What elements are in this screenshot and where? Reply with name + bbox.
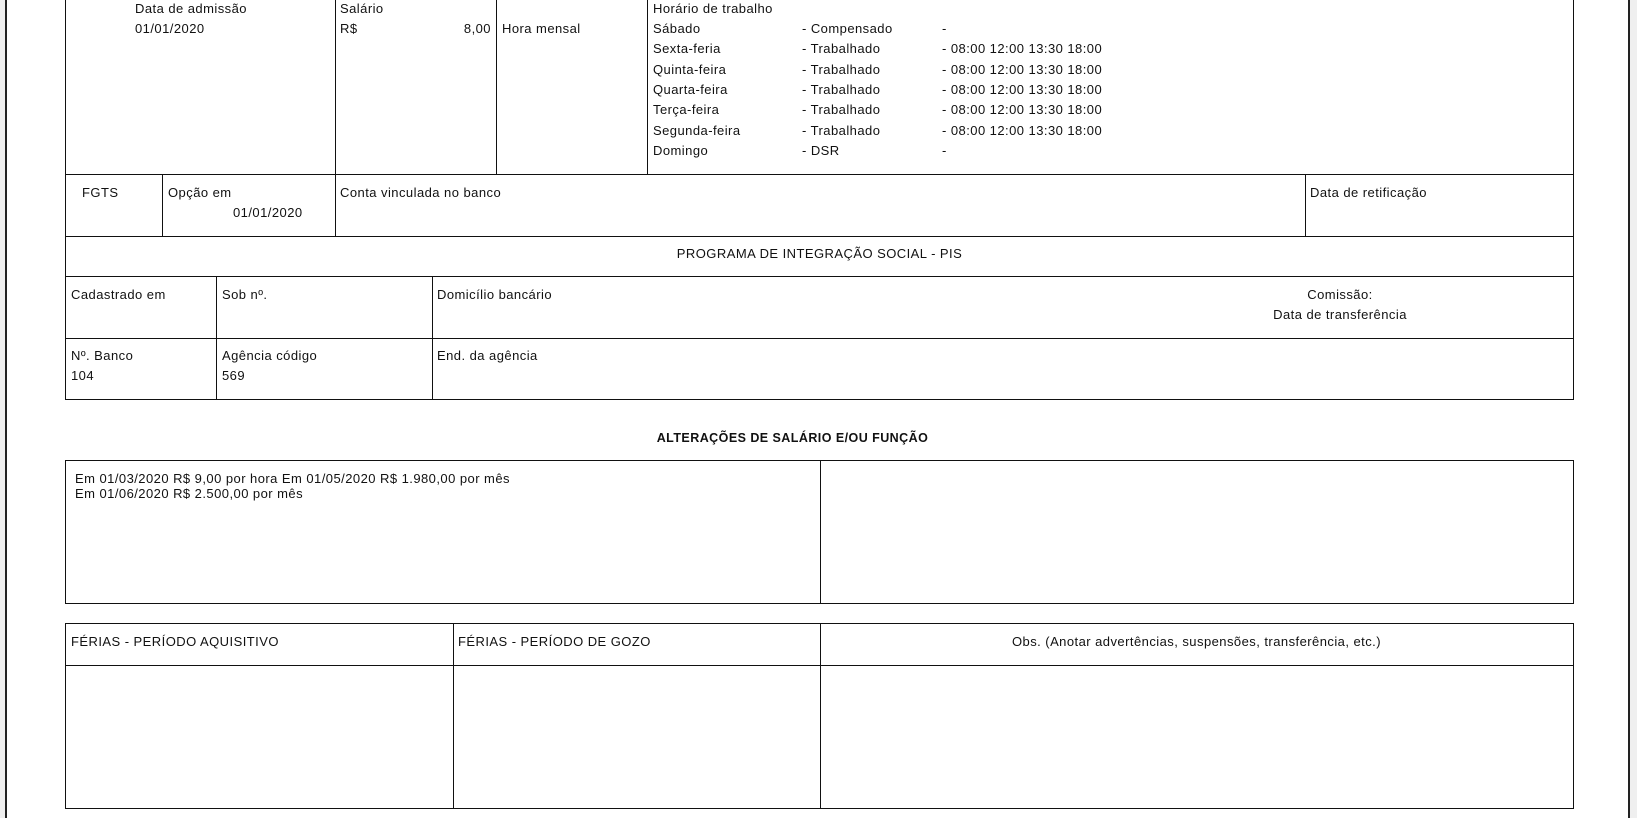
fgts-option-label: Opção em [168, 185, 232, 201]
schedule-times: - 08:00 12:00 13:30 18:00 [942, 41, 1102, 57]
schedule-type: - DSR [802, 143, 840, 159]
vacation-acquisition-label: FÉRIAS - PERÍODO AQUISITIVO [71, 634, 279, 650]
salary-value: 8,00 [420, 21, 491, 37]
schedule-type: - Trabalhado [802, 41, 880, 57]
row-divider [65, 338, 1574, 339]
divider [1305, 174, 1306, 236]
table-border-right [1573, 0, 1574, 399]
divider [453, 623, 454, 809]
divider [820, 623, 821, 809]
admission-label: Data de admissão [135, 1, 247, 17]
schedule-day: Domingo [653, 143, 708, 159]
schedule-times: - 08:00 12:00 13:30 18:00 [942, 82, 1102, 98]
vacation-enjoyment-label: FÉRIAS - PERÍODO DE GOZO [458, 634, 651, 650]
fgts-retification-label: Data de retificação [1310, 185, 1427, 201]
schedule-label: Horário de trabalho [653, 1, 773, 17]
divider [335, 0, 336, 174]
schedule-times: - 08:00 12:00 13:30 18:00 [942, 102, 1102, 118]
schedule-type: - Compensado [802, 21, 893, 37]
divider [335, 174, 336, 236]
divider [496, 0, 497, 174]
box-border-left [65, 460, 66, 604]
schedule-day: Terça-feira [653, 102, 719, 118]
table-border-left [65, 0, 66, 174]
table-border-bottom [65, 399, 1574, 400]
agency-code: 569 [222, 368, 245, 384]
schedule-day: Sábado [653, 21, 701, 37]
schedule-day: Segunda-feira [653, 123, 741, 139]
schedule-type: - Trabalhado [802, 62, 880, 78]
box-border-right [1573, 623, 1574, 809]
schedule-type: - Trabalhado [802, 123, 880, 139]
agency-address-label: End. da agência [437, 348, 538, 364]
pis-registered-label: Cadastrado em [71, 287, 166, 303]
fgts-account-label: Conta vinculada no banco [340, 185, 501, 201]
salary-unit: Hora mensal [502, 21, 581, 37]
table-border-left [65, 174, 66, 399]
schedule-type: - Trabalhado [802, 102, 880, 118]
salary-label: Salário [340, 1, 384, 17]
schedule-day: Quarta-feira [653, 82, 728, 98]
fgts-option-date: 01/01/2020 [233, 205, 303, 221]
divider [820, 460, 821, 604]
pis-number-label: Sob nº. [222, 287, 267, 303]
schedule-times: - 08:00 12:00 13:30 18:00 [942, 62, 1102, 78]
fgts-label: FGTS [82, 185, 118, 201]
schedule-type: - Trabalhado [802, 82, 880, 98]
notes-label: Obs. (Anotar advertências, suspensões, t… [820, 634, 1573, 650]
bank-number: 104 [71, 368, 94, 384]
row-divider [65, 276, 1574, 277]
admission-date: 01/01/2020 [135, 21, 205, 37]
bank-number-label: Nº. Banco [71, 348, 133, 364]
pis-bank-domicile-label: Domicílio bancário [437, 287, 552, 303]
pis-transfer-label: Data de transferência [1250, 307, 1430, 323]
change-line: Em 01/03/2020 R$ 9,00 por hora Em 01/05/… [75, 471, 510, 486]
row-divider [65, 174, 1574, 175]
schedule-day: Quinta-feira [653, 62, 726, 78]
change-line: Em 01/06/2020 R$ 2.500,00 por mês [75, 486, 303, 501]
salary-currency: R$ [340, 21, 358, 37]
schedule-times: - [942, 143, 947, 159]
schedule-times: - [942, 21, 947, 37]
changes-title: ALTERAÇÕES DE SALÁRIO E/OU FUNÇÃO [65, 430, 1520, 446]
box-border-right [1573, 460, 1574, 604]
agency-label: Agência código [222, 348, 317, 364]
schedule-day: Sexta-feria [653, 41, 721, 57]
row-divider [65, 236, 1574, 237]
divider [162, 174, 163, 236]
schedule-times: - 08:00 12:00 13:30 18:00 [942, 123, 1102, 139]
divider [647, 0, 648, 174]
pis-title: PROGRAMA DE INTEGRAÇÃO SOCIAL - PIS [65, 246, 1574, 262]
box-border-left [65, 623, 66, 809]
pis-commission-label: Comissão: [1250, 287, 1430, 303]
